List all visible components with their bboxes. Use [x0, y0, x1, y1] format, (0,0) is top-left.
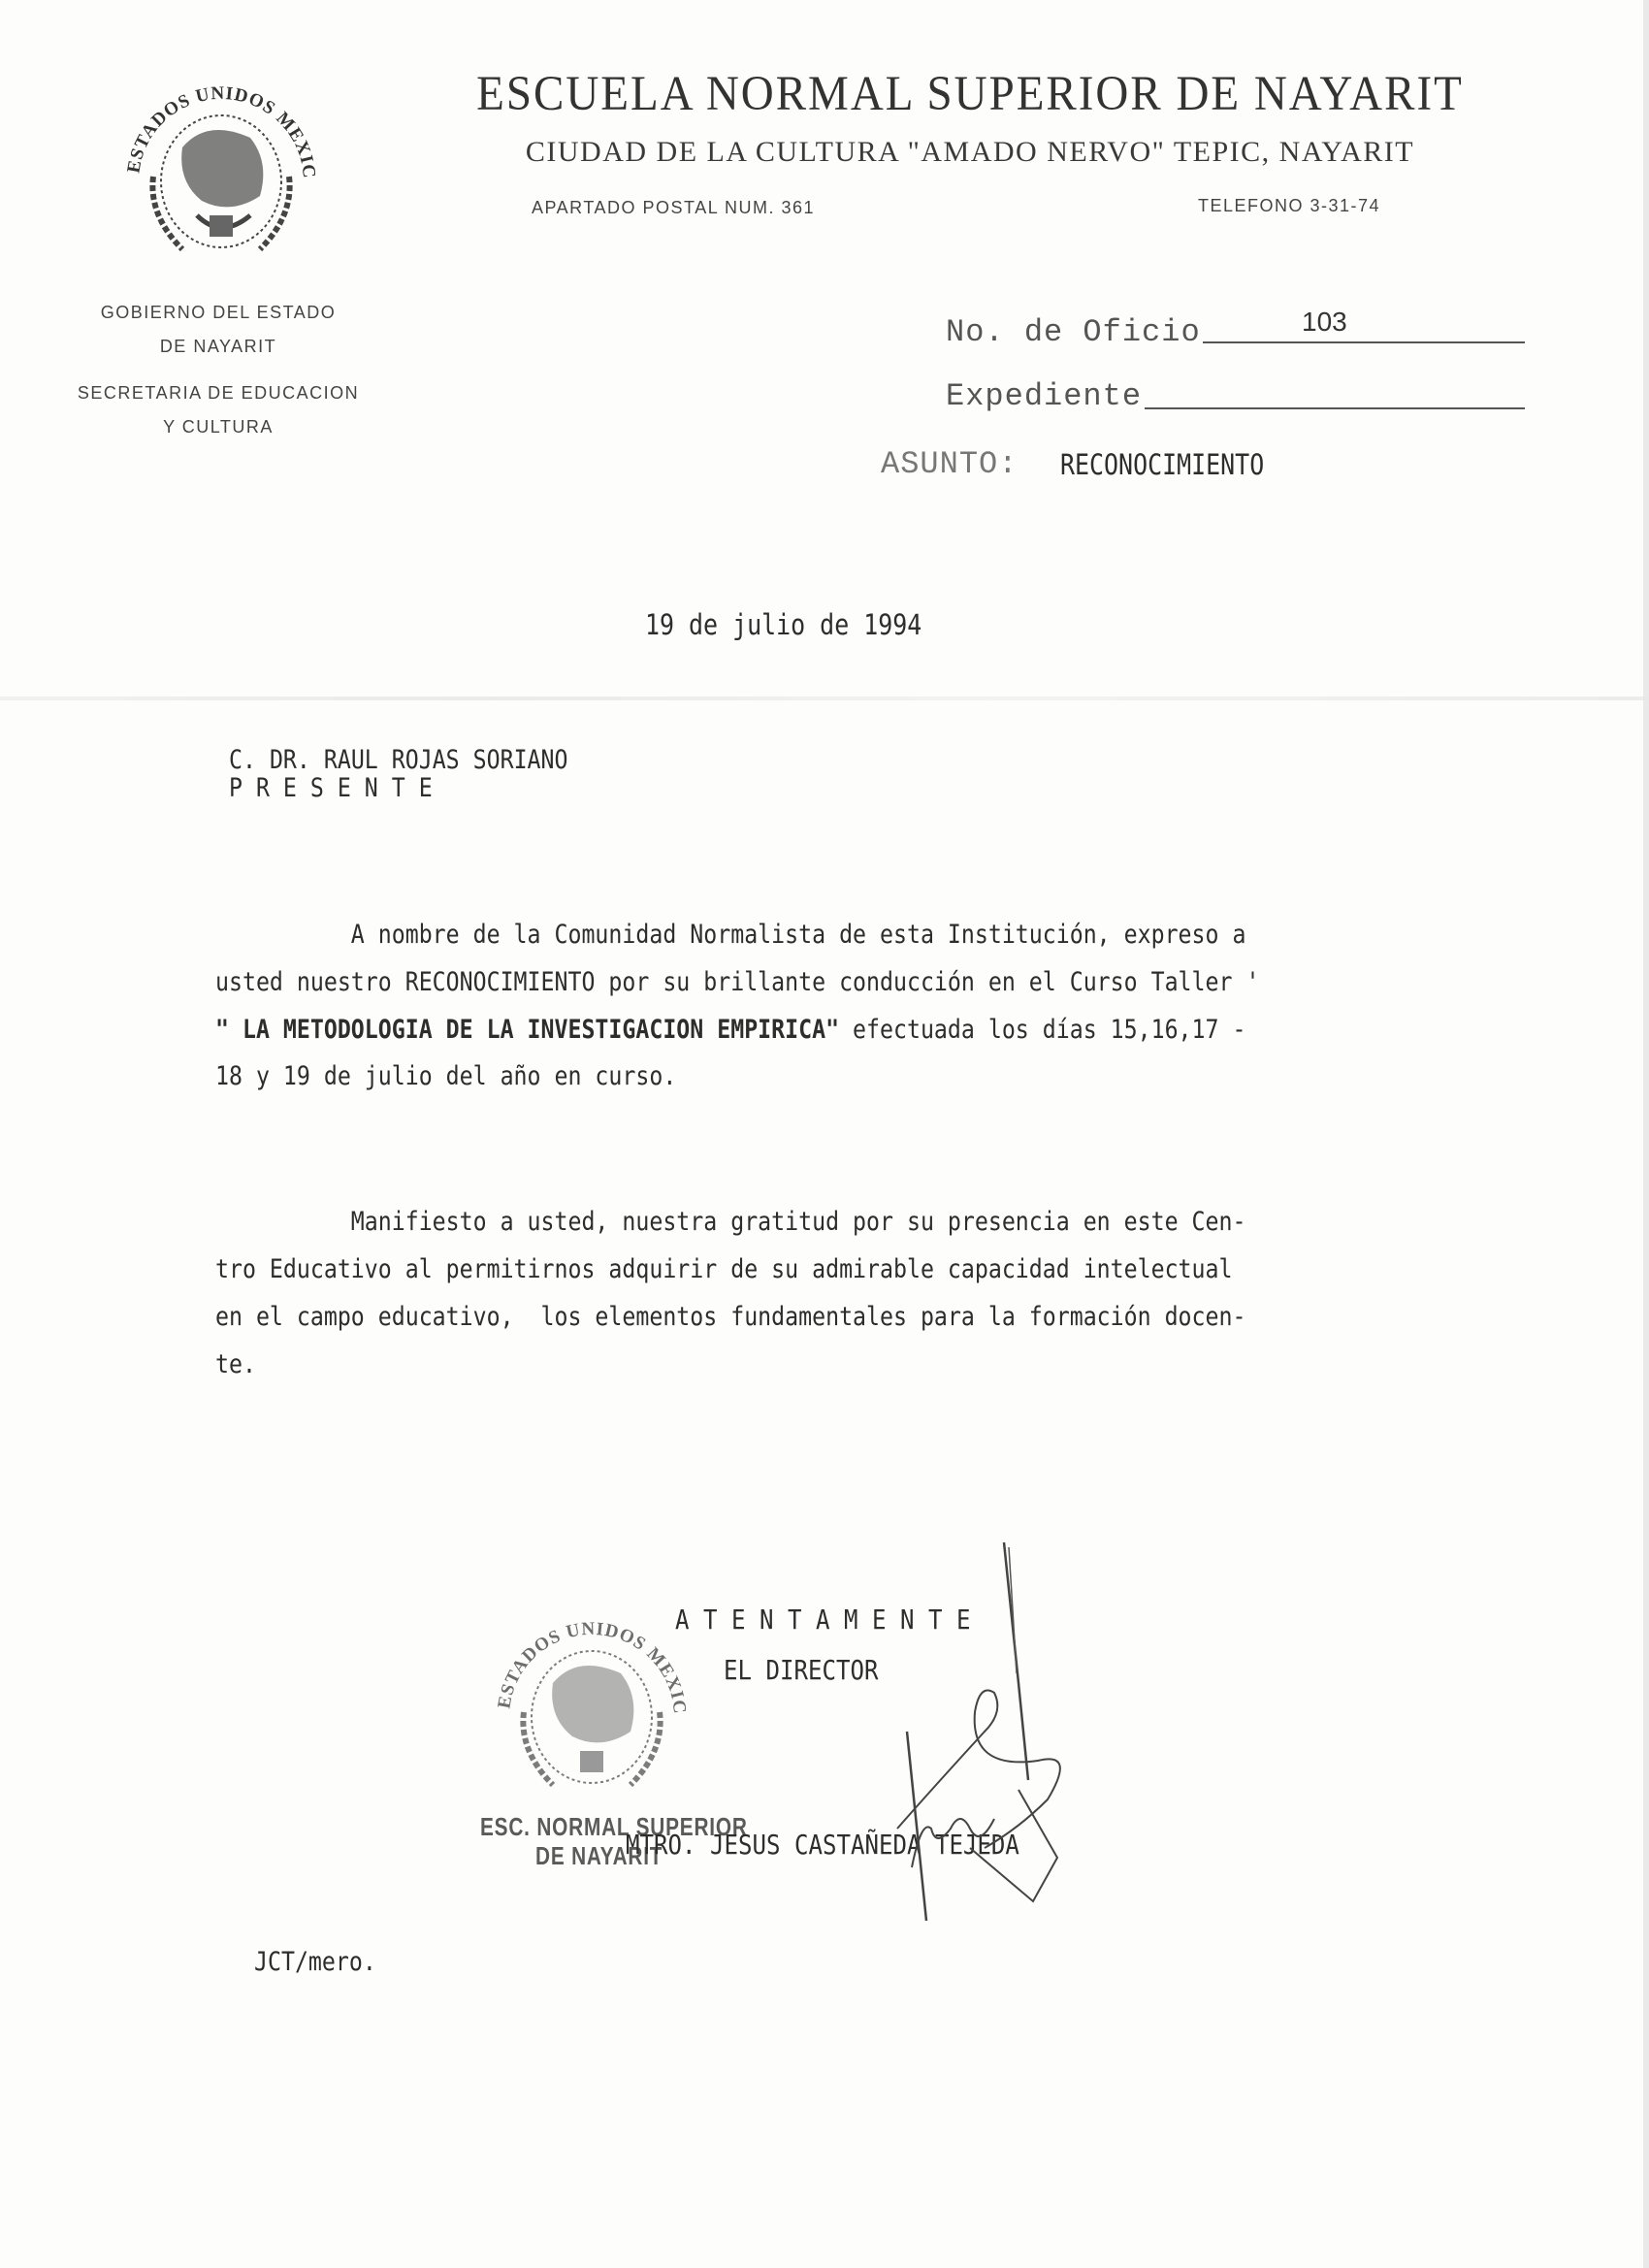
oficio-number: 103 [1302, 307, 1347, 338]
typist-initials: JCT/mero. [254, 1947, 376, 1977]
letter-date: 19 de julio de 1994 [645, 608, 921, 641]
recipient-name: C. DR. RAUL ROJAS SORIANO [229, 745, 567, 775]
paragraph-2-line-2: tro Educativo al permitirnos adquirir de… [215, 1254, 1232, 1284]
handwritten-signature [873, 1538, 1106, 1926]
paragraph-1-line-4: 18 y 19 de julio del año en curso. [215, 1061, 676, 1091]
government-line-1: GOBIERNO DEL ESTADO [48, 303, 388, 323]
signer-title: EL DIRECTOR [724, 1654, 878, 1686]
government-line-2: DE NAYARIT [48, 337, 388, 357]
course-title: " LA METODOLOGIA DE LA INVESTIGACION EMP… [215, 1015, 839, 1045]
paper-fold-crease [0, 697, 1649, 700]
institution-name: ESCUELA NORMAL SUPERIOR DE NAYARIT [407, 66, 1533, 122]
asunto-value: RECONOCIMIENTO [1060, 448, 1264, 481]
paragraph-1-line-1: A nombre de la Comunidad Normalista de e… [215, 920, 1245, 950]
oficio-line [1203, 340, 1525, 343]
paragraph-2-line-3: en el campo educativo, los elementos fun… [215, 1302, 1245, 1332]
city-line: CIUDAD DE LA CULTURA "AMADO NERVO" TEPIC… [407, 136, 1533, 169]
oficio-label: No. de Oficio [946, 314, 1201, 350]
phone-number: TELEFONO 3-31-74 [1198, 196, 1380, 216]
asunto-label: ASUNTO: [881, 446, 1018, 482]
secretariat-line-1: SECRETARIA DE EDUCACION [48, 383, 388, 404]
school-stamp-seal-icon: ESTADOS UNIDOS MEXICANOS [485, 1605, 698, 1809]
paragraph-1-line-3: " LA METODOLOGIA DE LA INVESTIGACION EMP… [215, 1015, 1245, 1045]
paragraph-2-line-4: te. [215, 1349, 256, 1379]
paragraph-2-line-1: Manifiesto a usted, nuestra gratitud por… [215, 1207, 1245, 1237]
coat-of-arms-seal-icon: ESTADOS UNIDOS MEXICANOS [114, 70, 328, 274]
paragraph-1-line-2: usted nuestro RECONOCIMIENTO por su bril… [215, 967, 1259, 997]
secretariat-line-2: Y CULTURA [48, 417, 388, 437]
expediente-label: Expediente [946, 378, 1142, 414]
postal-box: APARTADO POSTAL NUM. 361 [532, 198, 815, 218]
expediente-line [1145, 405, 1525, 409]
recipient-presente: P R E S E N T E [229, 773, 433, 803]
page-edge [1643, 0, 1649, 2268]
